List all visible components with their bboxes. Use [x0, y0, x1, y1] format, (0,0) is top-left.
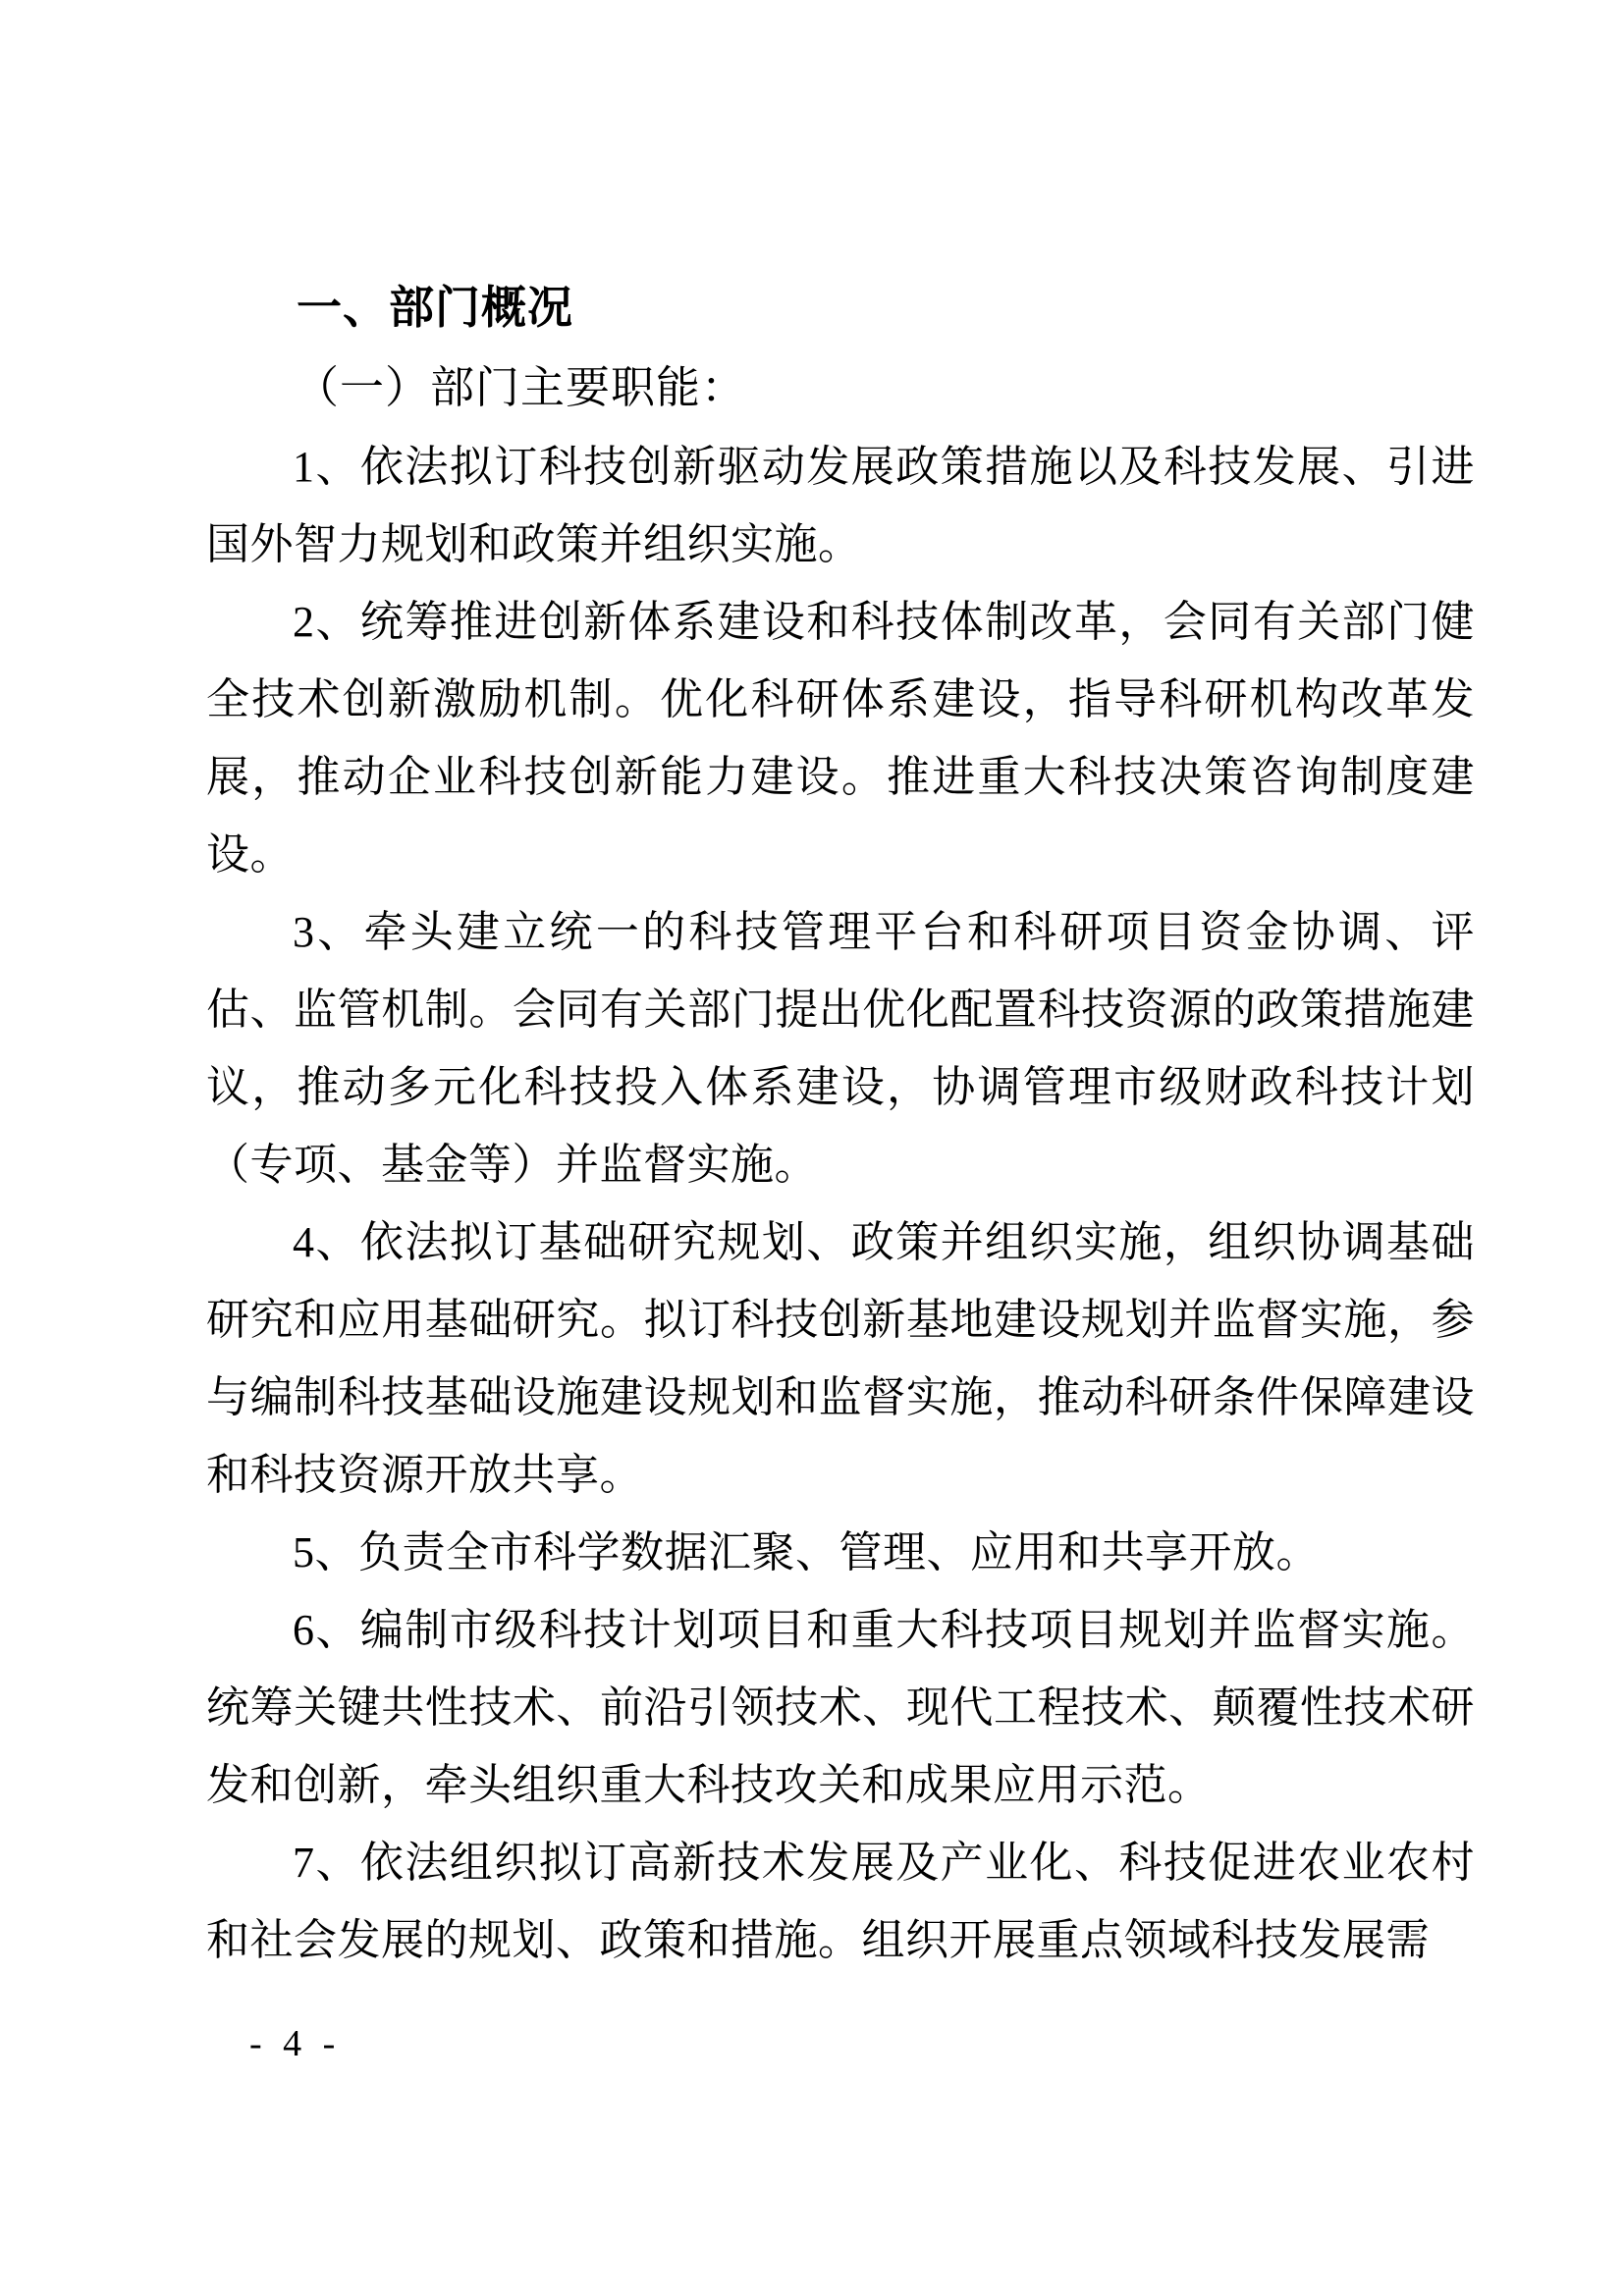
document-page: 一、部门概况 （一）部门主要职能： 1、依法拟订科技创新驱动发展政策措施以及科技…	[0, 0, 1624, 2296]
page-number: - 4 -	[249, 2022, 341, 2065]
body-paragraph-2: 2、统筹推进创新体系建设和科技体制改革，会同有关部门健全技术创新激励机制。优化科…	[206, 583, 1475, 893]
section-heading: 一、部门概况	[206, 267, 1475, 347]
body-paragraph-4: 4、依法拟订基础研究规划、政策并组织实施，组织协调基础研究和应用基础研究。拟订科…	[206, 1203, 1475, 1514]
body-paragraph-1: 1、依法拟订科技创新驱动发展政策措施以及科技发展、引进国外智力规划和政策并组织实…	[206, 428, 1475, 583]
body-paragraph-3: 3、牵头建立统一的科技管理平台和科研项目资金协调、评估、监管机制。会同有关部门提…	[206, 893, 1475, 1203]
body-paragraph-5: 5、负责全市科学数据汇聚、管理、应用和共享开放。	[206, 1514, 1475, 1591]
document-content: 一、部门概况 （一）部门主要职能： 1、依法拟订科技创新驱动发展政策措施以及科技…	[206, 267, 1475, 1979]
body-paragraph-6: 6、编制市级科技计划项目和重大科技项目规划并监督实施。统筹关键共性技术、前沿引领…	[206, 1591, 1475, 1824]
sub-heading: （一）部门主要职能：	[206, 347, 1475, 428]
body-paragraph-7: 7、依法组织拟订高新技术发展及产业化、科技促进农业农村和社会发展的规划、政策和措…	[206, 1824, 1475, 1979]
